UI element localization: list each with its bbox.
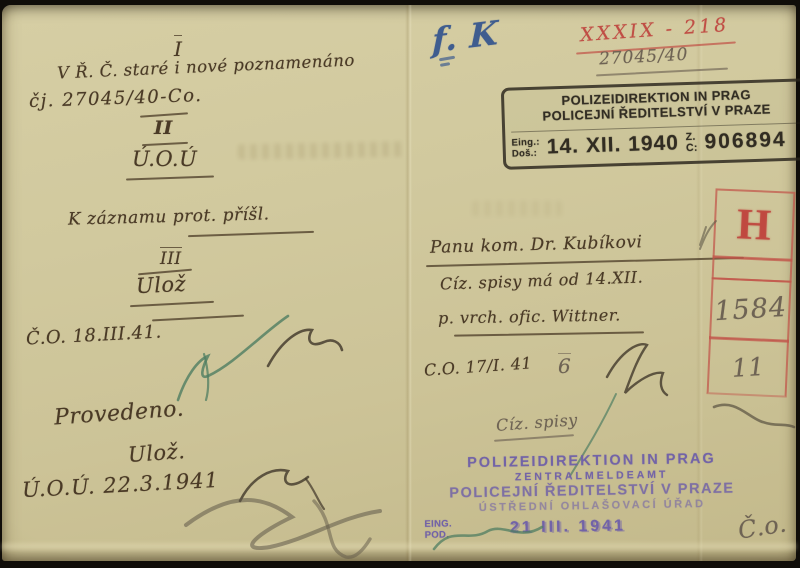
ink-signature bbox=[262, 320, 348, 376]
ink-bleed-through bbox=[238, 142, 406, 160]
record-note: K záznamu prot. příšl. bbox=[68, 204, 270, 229]
pencil-number-11: 11 bbox=[731, 351, 766, 382]
pencil-underline-stroke bbox=[596, 68, 728, 77]
pencil-number-1584: 1584 bbox=[713, 292, 787, 327]
red-grid-cell-number-bottom: 11 bbox=[707, 336, 789, 397]
uloz-note-1: Ulož bbox=[135, 272, 186, 299]
underline-stroke bbox=[454, 331, 644, 336]
underline-stroke bbox=[130, 301, 214, 307]
roman-numeral-three: III bbox=[160, 247, 182, 269]
red-index-number: XXXIX - 218 bbox=[579, 14, 730, 46]
green-signature-bottom bbox=[428, 517, 548, 559]
entry-stamp-box: POLIZEIDIREKTION IN PRAG POLICEJNÍ ŘEDIT… bbox=[501, 78, 800, 170]
office-abbrev-note: Ú.O.Ú bbox=[132, 147, 197, 171]
co-date-note: Č.O. 18.III.41. bbox=[26, 321, 163, 349]
center-fold-crease bbox=[405, 5, 412, 561]
entry-stamp-date: 14. XII. 1940 bbox=[546, 131, 679, 159]
h-letter-stamp: H bbox=[736, 198, 772, 250]
roman-numeral-two: II bbox=[154, 117, 173, 139]
paper-sheet: I V Ř. Č. staré i nové poznamenáno čj. 2… bbox=[2, 5, 796, 561]
underline-stroke bbox=[426, 257, 744, 267]
entry-stamp-number: 906894 bbox=[704, 128, 787, 155]
ink-bleed-through bbox=[472, 201, 562, 216]
document-scan: I V Ř. Č. staré i nové poznamenáno čj. 2… bbox=[0, 0, 800, 568]
uloz-note-2: Ulož. bbox=[127, 439, 186, 467]
eing-label: Eing.: bbox=[511, 137, 540, 149]
pencil-curve-stroke bbox=[710, 397, 798, 433]
corner-note: Č.o. bbox=[736, 509, 789, 544]
c-label: C: bbox=[686, 143, 698, 154]
note-line-2: čj. 27045/40-Co. bbox=[29, 85, 203, 112]
underline-stroke bbox=[126, 175, 214, 180]
pencil-file-number: 27045/40 bbox=[599, 45, 689, 70]
dos-label: Doš.: bbox=[512, 148, 541, 160]
files-note: Cíz. spisy má od 14.XII. bbox=[440, 267, 644, 293]
blue-underline-stroke bbox=[440, 62, 450, 66]
pencil-tick-mark bbox=[696, 217, 722, 253]
red-grid-cell-number-top: 1584 bbox=[709, 277, 792, 342]
red-grid-cell-letter: H bbox=[713, 188, 796, 261]
underline-stroke bbox=[188, 231, 314, 237]
underline-stroke bbox=[142, 142, 188, 146]
officer-note: p. vrch. ofic. Wittner. bbox=[438, 305, 621, 327]
co-date-note-right: C.O. 17/I. 41 bbox=[423, 353, 532, 380]
blue-initials: f. K bbox=[432, 13, 499, 61]
entry-stamp-date-row: Eing.: Doš.: 14. XII. 1940 Z. C: 906894 bbox=[511, 122, 800, 160]
pencil-signature bbox=[174, 483, 404, 568]
note-line-1: V Ř. Č. staré i nové poznamenáno bbox=[57, 51, 355, 83]
six-mark: 6 bbox=[558, 353, 571, 378]
provedeno-note: Provedeno. bbox=[53, 396, 185, 430]
addressee-note: Panu kom. Dr. Kubíkovi bbox=[430, 232, 643, 258]
